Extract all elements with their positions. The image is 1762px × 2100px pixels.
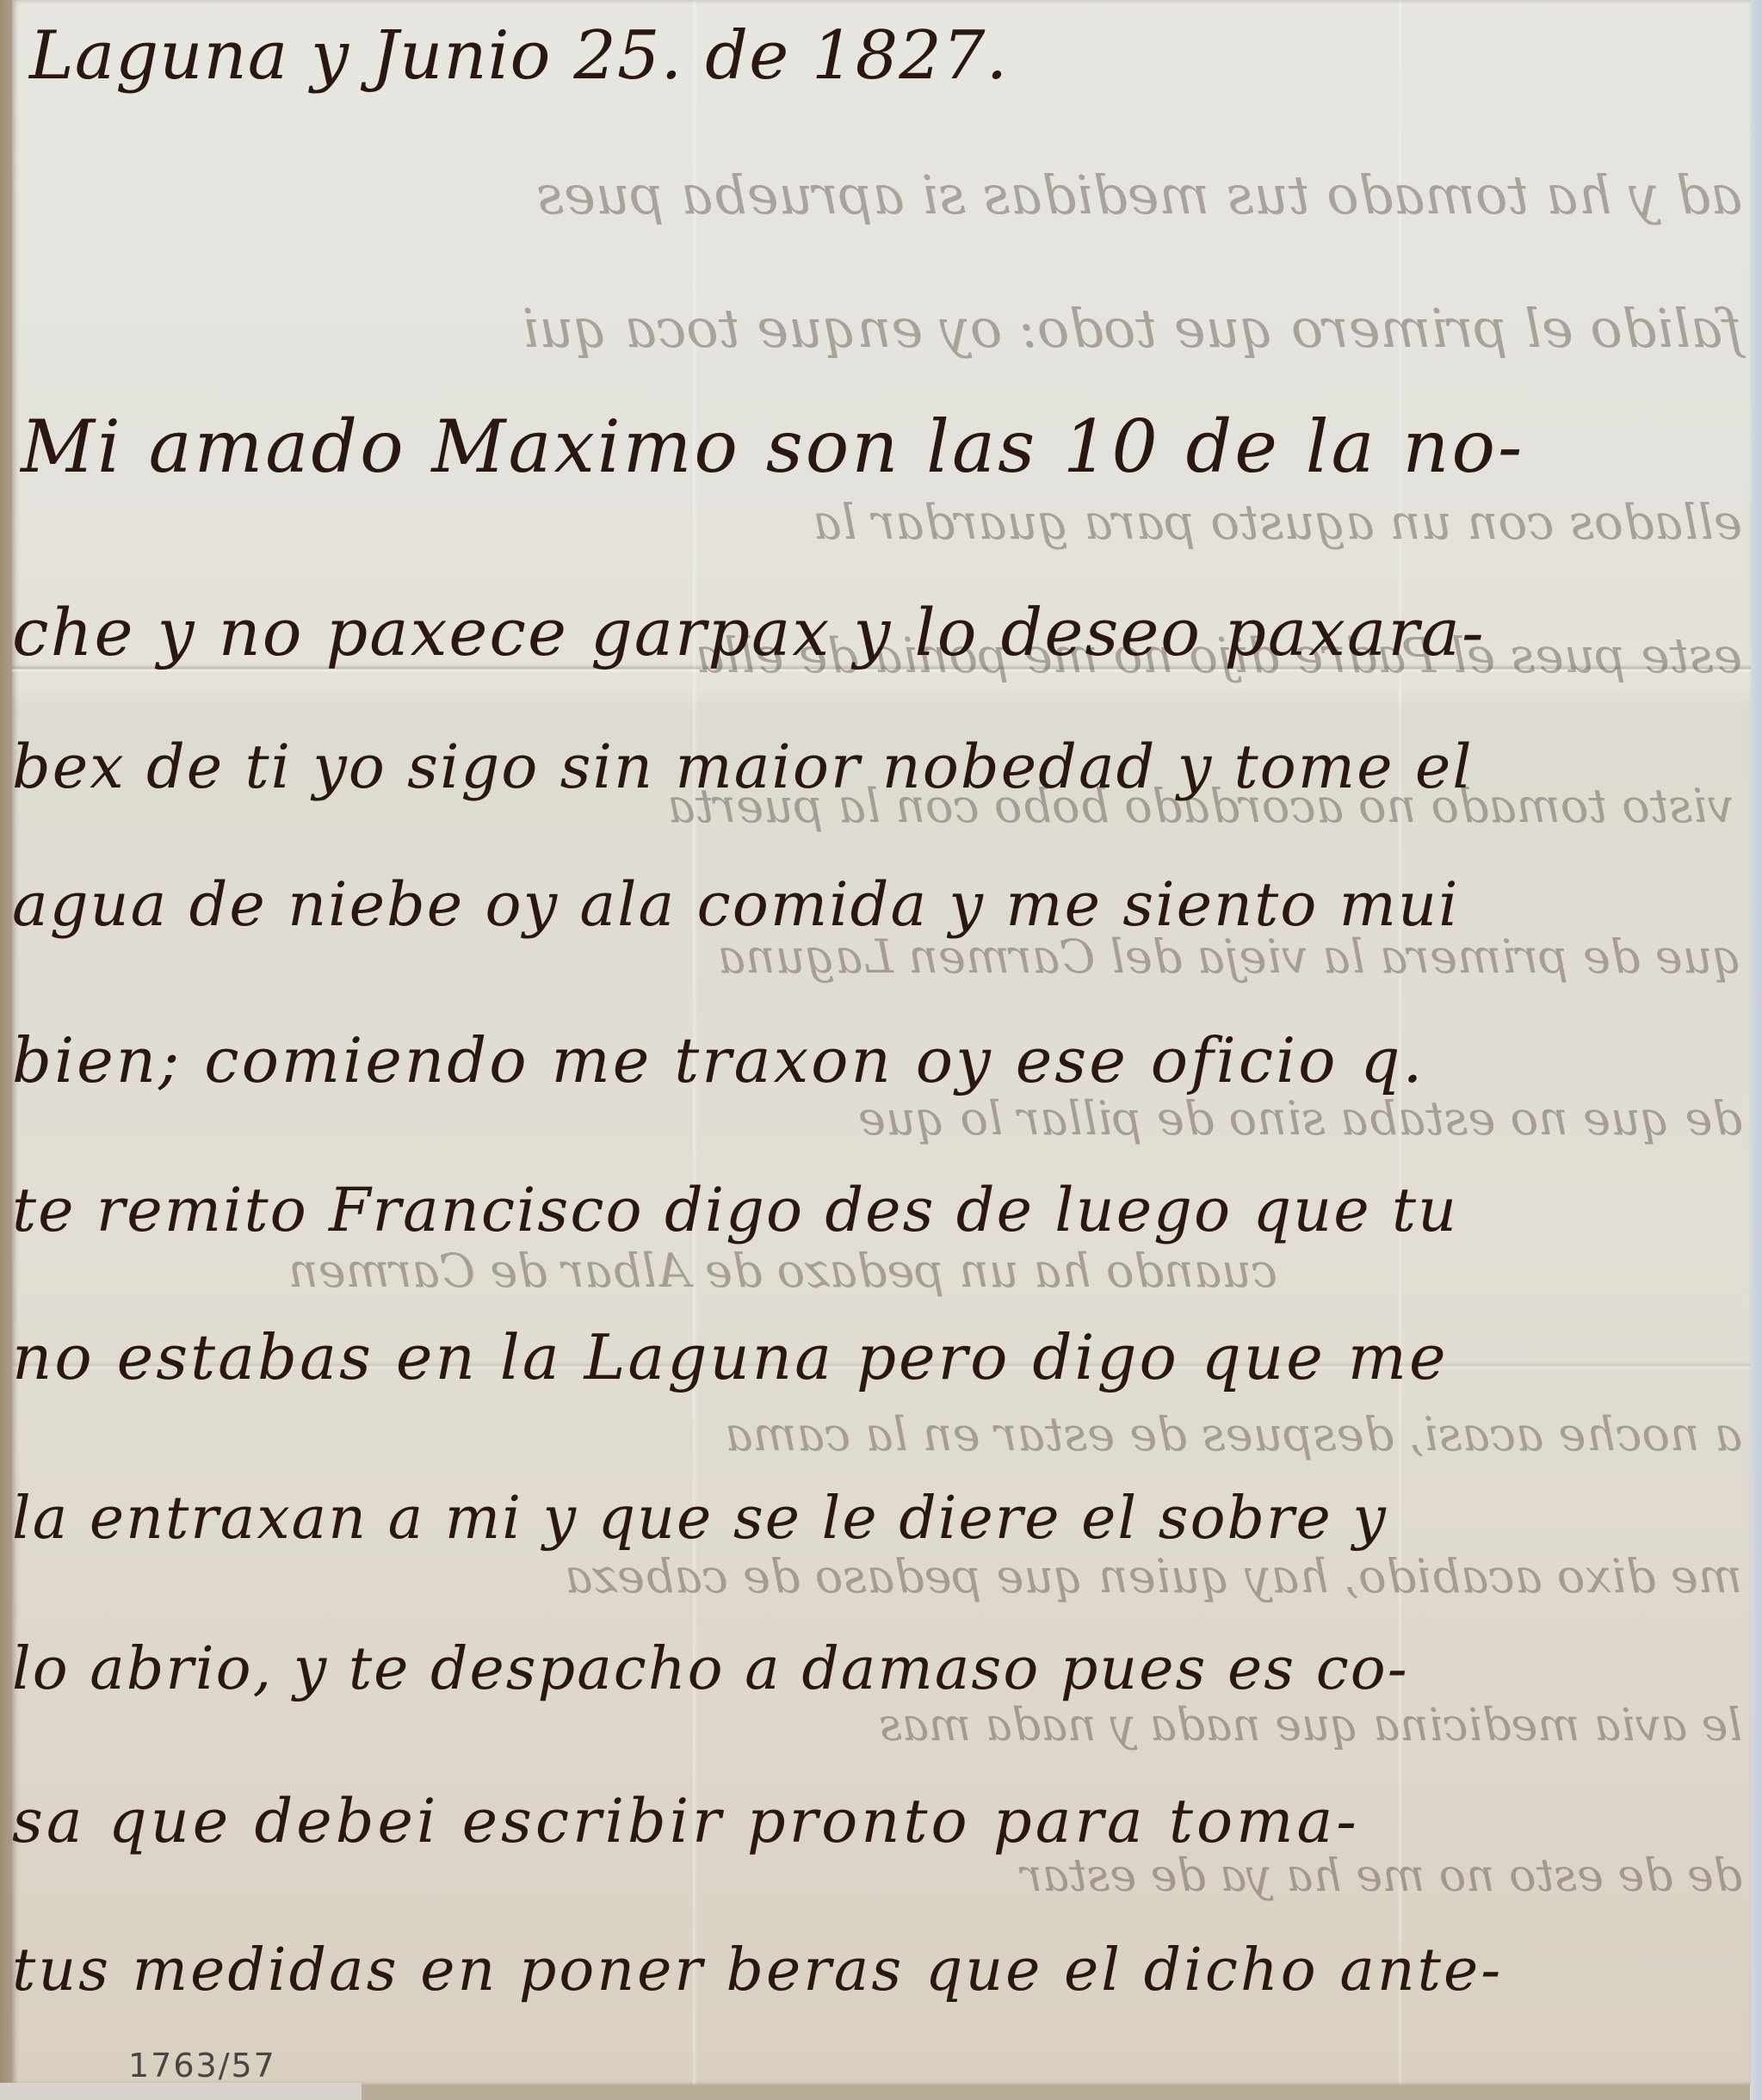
letter-body-line: agua de niebe oy ala comida y me siento … bbox=[12, 869, 1459, 940]
letter-body-line: lo abrio, y te despacho a damaso pues es… bbox=[12, 1635, 1409, 1703]
bleed-through-line: de que no estaba sino de pillar lo que bbox=[29, 1091, 1742, 1146]
archive-reference-number: 1763/57 bbox=[128, 2047, 276, 2085]
manuscript-page: ad y ha tomado tus medidas si aprueba pu… bbox=[12, 0, 1751, 2085]
photo-backdrop-right bbox=[1750, 0, 1762, 2100]
bleed-through-line: ellados con un agusto para guardar la bbox=[29, 495, 1742, 551]
letter-body-line: no estabas en la Laguna pero digo que me bbox=[12, 1321, 1449, 1393]
photo-backdrop-bottom bbox=[0, 2083, 362, 2100]
letter-body-line: che y no paxece garpax y lo deseo paxara… bbox=[12, 594, 1486, 670]
letter-body-line: Mi amado Maximo son las 10 de la no- bbox=[21, 405, 1524, 489]
letter-dateline: Laguna y Junio 25. de 1827. bbox=[29, 17, 1008, 95]
bleed-through-line: de de esto no me ha ya de estar bbox=[29, 1850, 1742, 1902]
bleed-through-line: falido el primero que todo: oy enque toc… bbox=[29, 297, 1742, 360]
letter-body-line: tus medidas en poner beras que el dicho … bbox=[12, 1936, 1503, 2004]
bleed-through-line: ad y ha tomado tus medidas si aprueba pu… bbox=[29, 164, 1742, 226]
bleed-through-line: me dixo acabido, hay quien que pedaso de… bbox=[29, 1549, 1742, 1603]
bleed-through-line: a noche acasi, despues de estar en la ca… bbox=[29, 1407, 1742, 1461]
letter-body-line: bien; comiendo me traxon oy ese oficio q… bbox=[12, 1024, 1425, 1096]
bleed-through-line: le avia medicina que nada y nada mas bbox=[29, 1700, 1742, 1751]
letter-body-line: la entraxan a mi y que se le diere el so… bbox=[12, 1485, 1388, 1553]
letter-body-line: bex de ti yo sigo sin maior nobedad y to… bbox=[12, 732, 1474, 802]
letter-body-line: sa que debei escribir pronto para toma- bbox=[12, 1786, 1360, 1856]
letter-body-line: te remito Francisco digo des de luego qu… bbox=[12, 1175, 1458, 1245]
bleed-through-line: cuando ha un pedazo de Albar de Carmen bbox=[29, 1244, 1277, 1298]
